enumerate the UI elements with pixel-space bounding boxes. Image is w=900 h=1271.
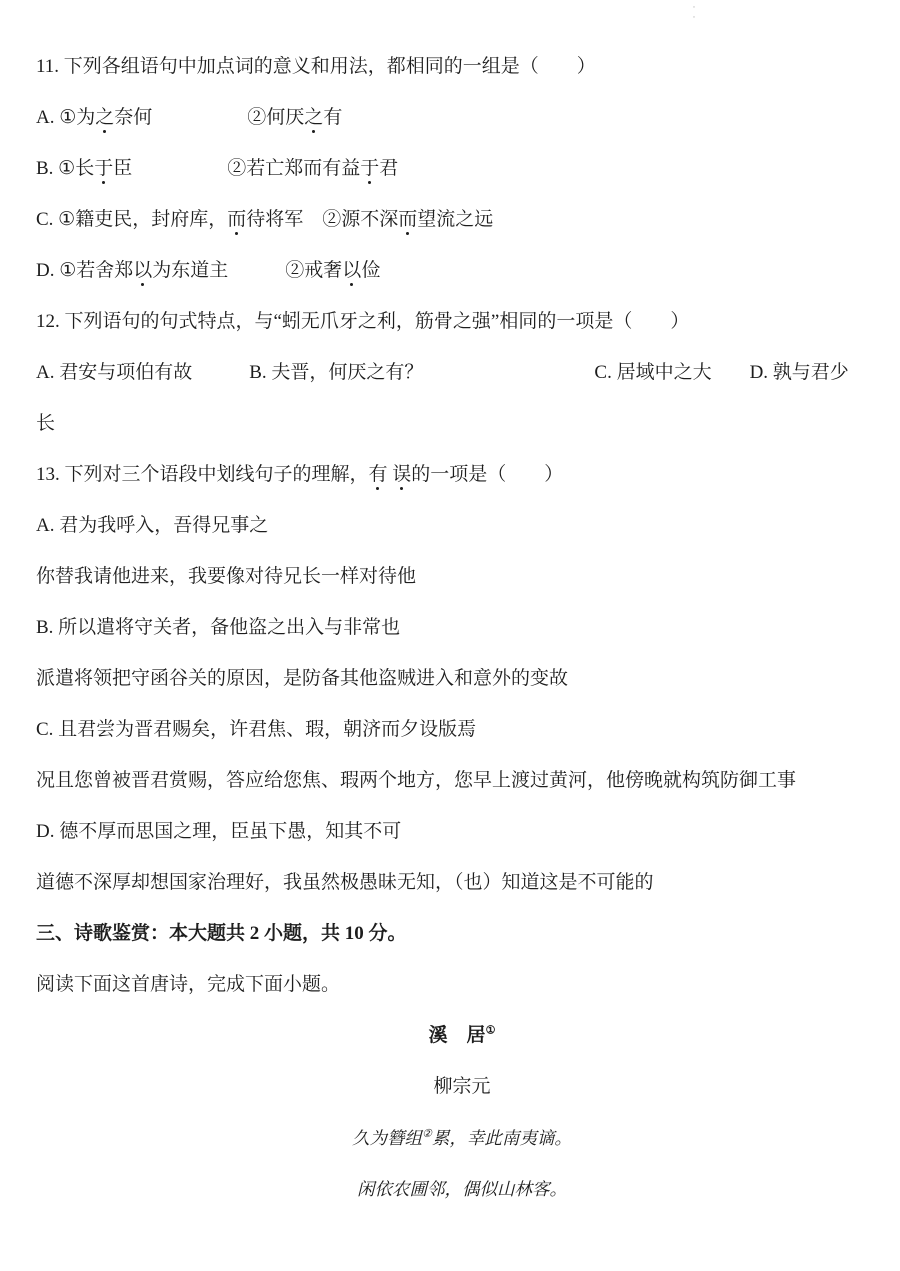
q11-option-b: B. ①长于臣 ②若亡郑而有益于君 <box>36 156 888 182</box>
annotation-ref: ① <box>486 1025 496 1037</box>
q11-option-a: A. ①为之奈何 ②何厌之有 <box>36 105 888 131</box>
poem-title: 溪 居① <box>36 1023 888 1049</box>
emphasized-char: 于 <box>360 158 379 179</box>
emphasized-char: 而 <box>398 209 417 230</box>
q13-translation-a: 你替我请他进来，我要像对待兄长一样对待他 <box>36 564 888 590</box>
scan-artifact-dot-bottom: · <box>688 12 700 22</box>
section3-reading-instruction: 阅读下面这首唐诗，完成下面小题。 <box>36 972 888 998</box>
q13-translation-d: 道德不深厚却想国家治理好，我虽然极愚昧无知，（也）知道这是不可能的 <box>36 870 888 896</box>
emphasized-char: 之 <box>95 107 114 128</box>
q11-option-c: C. ①籍吏民，封府库，而待将军 ②源不深而望流之远 <box>36 207 888 233</box>
q13-option-d: D. 德不厚而思国之理，臣虽下愚，知其不可 <box>36 819 888 845</box>
poem-line-2: 闲依农圃邻，偶似山林客。 <box>36 1176 888 1202</box>
scan-artifact: · · <box>688 2 700 22</box>
emphasized-char: 以 <box>342 260 361 281</box>
q13-translation-c: 况且您曾被晋君赏赐，答应给您焦、瑕两个地方，您早上渡过黄河，他傍晚就构筑防御工事 <box>36 768 888 794</box>
q13-option-c: C. 且君尝为晋君赐矣，许君焦、瑕，朝济而夕设版焉 <box>36 717 888 743</box>
q12-options-overflow: 长 <box>36 411 888 437</box>
emphasized-char: 之 <box>304 107 323 128</box>
emphasized-char: 误 <box>392 464 411 485</box>
q11-option-d: D. ①若舍郑以为东道主 ②戒奢以俭 <box>36 258 888 284</box>
section3-heading: 三、诗歌鉴赏：本大题共 2 小题，共 10 分。 <box>36 921 888 947</box>
scan-artifact-dot-top: · <box>688 2 700 12</box>
q13-option-a: A. 君为我呼入，吾得兄事之 <box>36 513 888 539</box>
poem-line-1: 久为簪组②累，幸此南夷谪。 <box>36 1125 888 1151</box>
emphasized-char: 于 <box>94 158 113 179</box>
q13-stem: 13. 下列对三个语段中划线句子的理解，有 误的一项是（ ） <box>36 462 888 488</box>
poem-author: 柳宗元 <box>36 1074 888 1100</box>
emphasized-char: 有 <box>369 464 388 485</box>
q13-translation-b: 派遣将领把守函谷关的原因，是防备其他盗贼进入和意外的变故 <box>36 666 888 692</box>
annotation-ref: ② <box>422 1128 432 1140</box>
emphasized-char: 以 <box>133 260 152 281</box>
emphasized-char: 而 <box>227 209 246 230</box>
document-page: · · 11. 下列各组语句中加点词的意义和用法，都相同的一组是（ ） A. ①… <box>0 0 900 1271</box>
q12-stem: 12. 下列语句的句式特点，与“蚓无爪牙之利，筋骨之强”相同的一项是（ ） <box>36 309 888 335</box>
q12-options-row: A. 君安与项伯有故 B. 夫晋，何厌之有？ C. 居域中之大 D. 孰与君少 <box>36 360 888 386</box>
q11-stem: 11. 下列各组语句中加点词的意义和用法，都相同的一组是（ ） <box>36 54 888 80</box>
q13-option-b: B. 所以遣将守关者，备他盗之出入与非常也 <box>36 615 888 641</box>
